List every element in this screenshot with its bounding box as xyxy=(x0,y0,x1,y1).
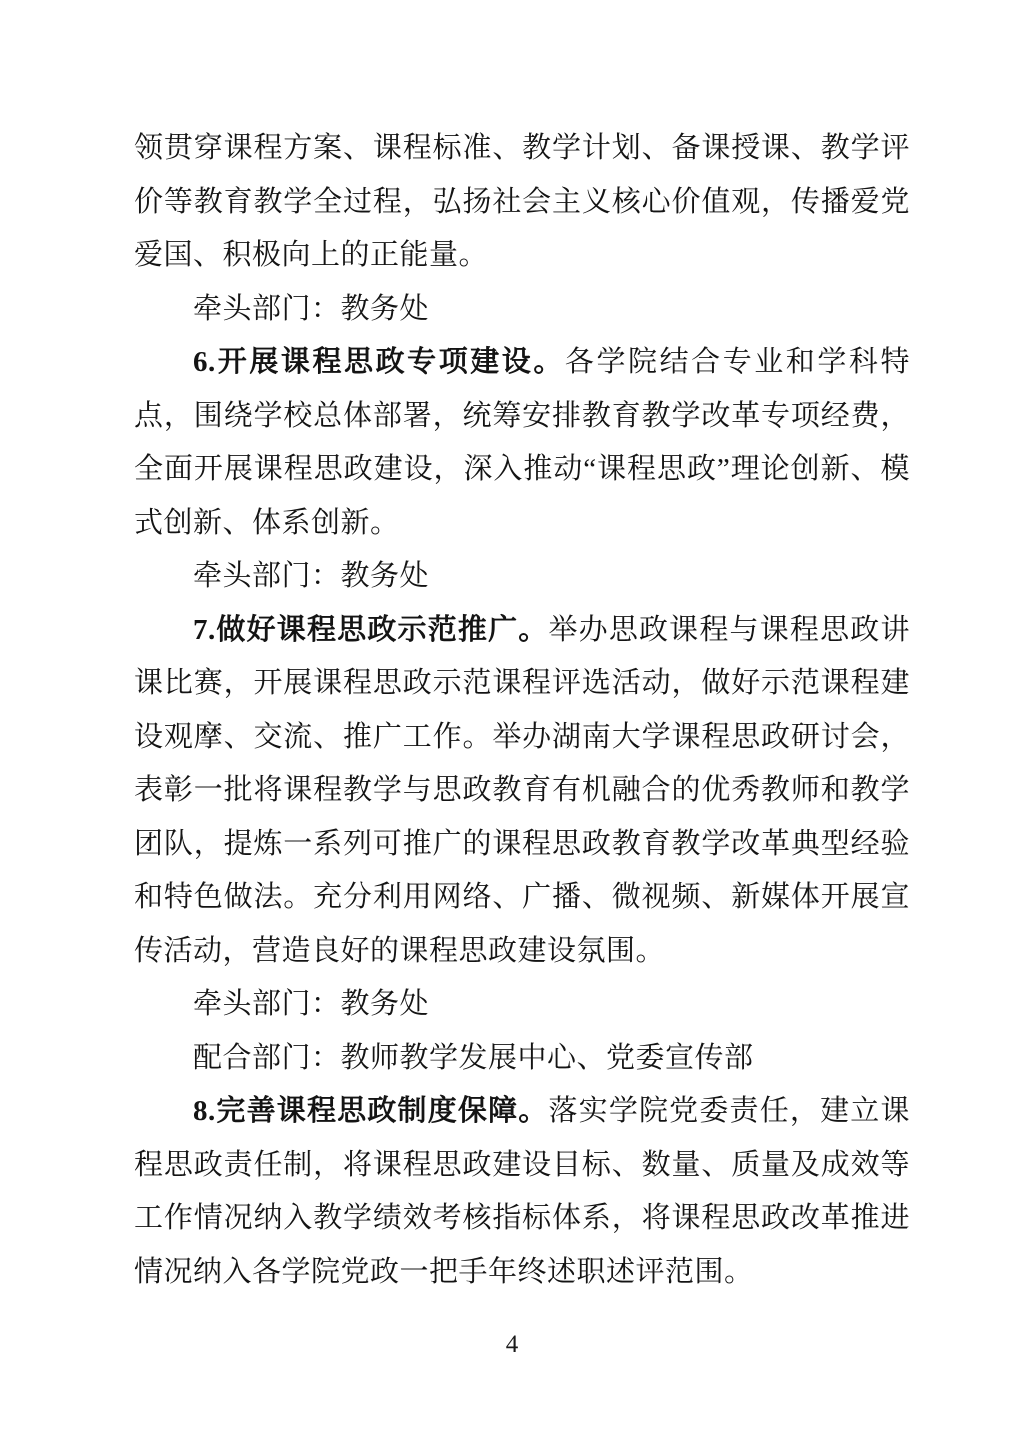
paragraph: 领贯穿课程方案、课程标准、教学计划、备课授课、教学评价等教育教学全过程，弘扬社会… xyxy=(134,122,910,283)
paragraph: 牵头部门：教务处 xyxy=(134,283,910,337)
document-page: { "document": { "language": "zh-CN", "te… xyxy=(0,0,1024,1448)
paragraph: 牵头部门：教务处 xyxy=(134,550,910,604)
document-body: 领贯穿课程方案、课程标准、教学计划、备课授课、教学评价等教育教学全过程，弘扬社会… xyxy=(134,122,910,1299)
page-number: 4 xyxy=(0,1330,1024,1360)
paragraph: 7.做好课程思政示范推广。举办思政课程与课程思政讲课比赛，开展课程思政示范课程评… xyxy=(134,604,910,979)
body-text-run: 牵头部门：教务处 xyxy=(193,988,429,1020)
paragraph: 配合部门：教师教学发展中心、党委宣传部 xyxy=(134,1032,910,1086)
body-text-run: 领贯穿课程方案、课程标准、教学计划、备课授课、教学评价等教育教学全过程，弘扬社会… xyxy=(134,132,910,271)
section-heading-run: 7.做好课程思政示范推广。 xyxy=(193,614,548,646)
paragraph: 牵头部门：教务处 xyxy=(134,978,910,1032)
section-heading-run: 8.完善课程思政制度保障。 xyxy=(193,1095,548,1127)
section-heading-run: 6.开展课程思政专项建设。 xyxy=(193,346,565,378)
paragraph: 6.开展课程思政专项建设。各学院结合专业和学科特点，围绕学校总体部署，统筹安排教… xyxy=(134,336,910,550)
body-text-run: 举办思政课程与课程思政讲课比赛，开展课程思政示范课程评选活动，做好示范课程建设观… xyxy=(134,614,910,967)
paragraph: 8.完善课程思政制度保障。落实学院党委责任，建立课程思政责任制，将课程思政建设目… xyxy=(134,1085,910,1299)
body-text-run: 牵头部门：教务处 xyxy=(193,293,429,325)
body-text-run: 牵头部门：教务处 xyxy=(193,560,429,592)
body-text-run: 配合部门：教师教学发展中心、党委宣传部 xyxy=(193,1042,754,1074)
